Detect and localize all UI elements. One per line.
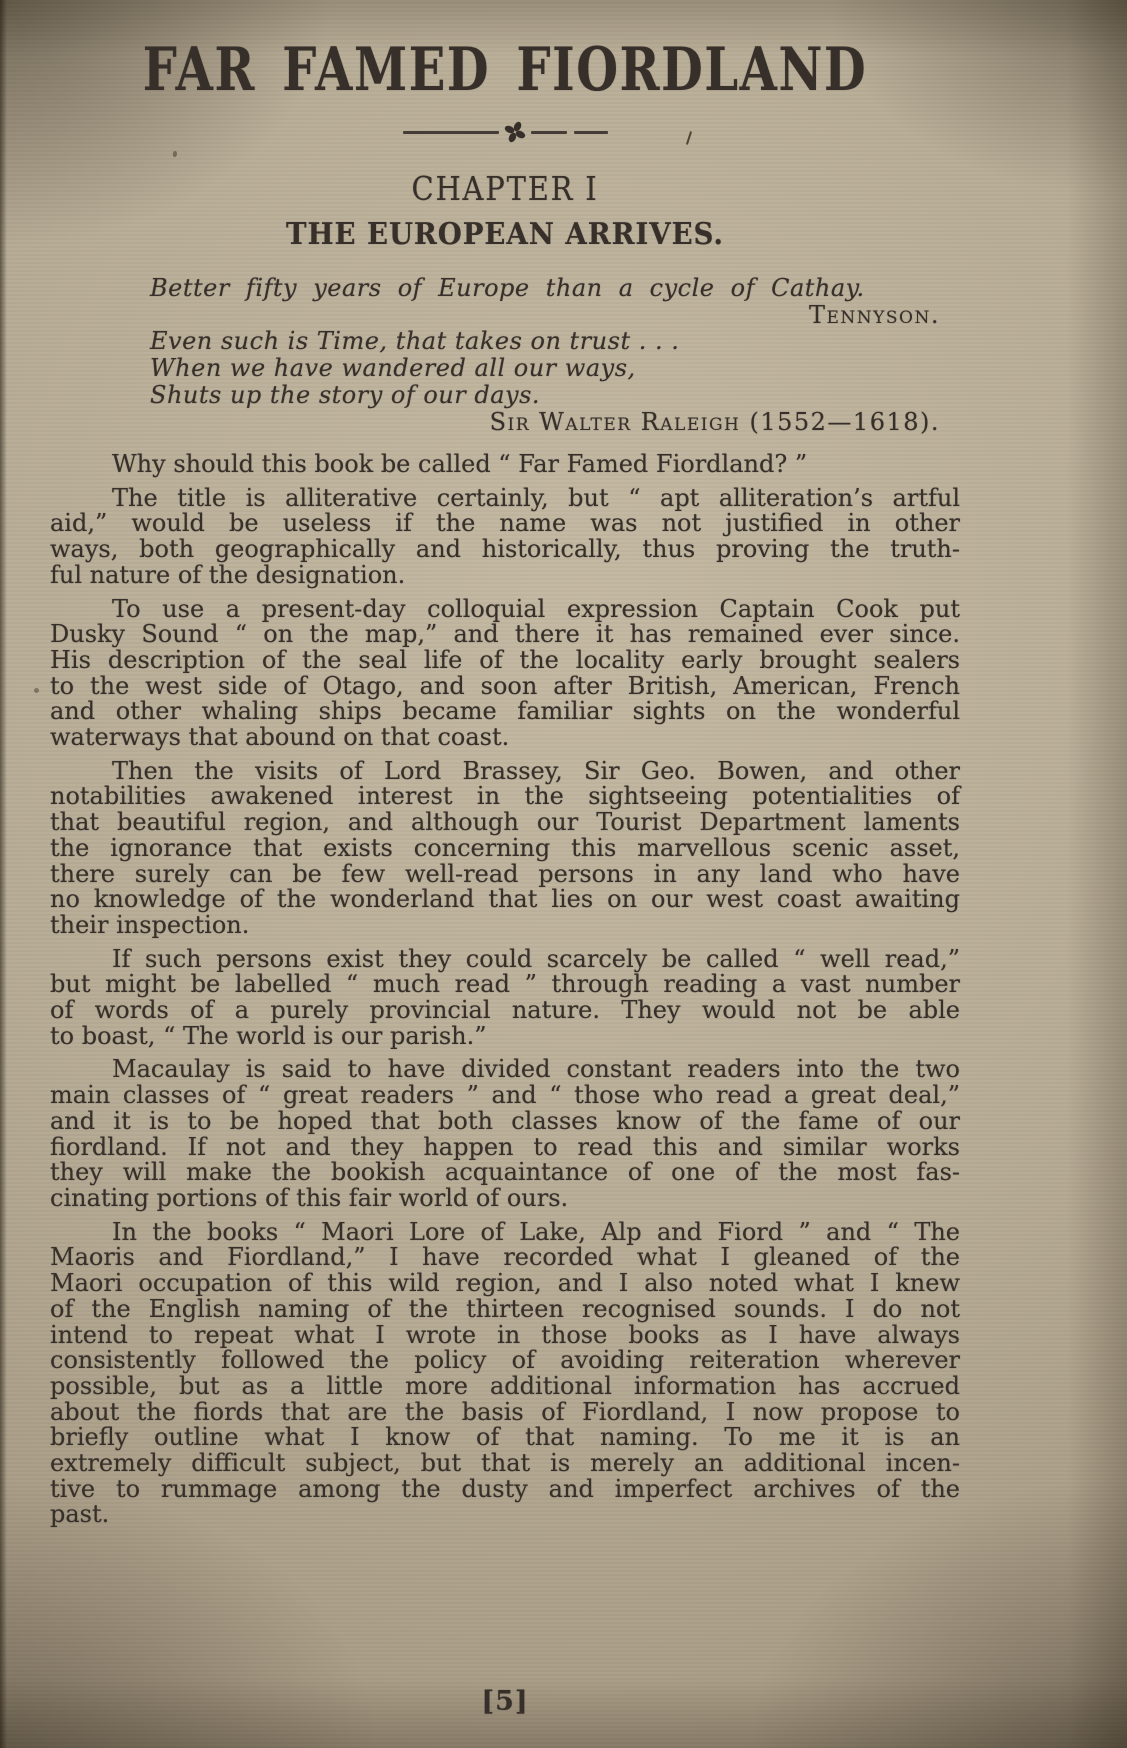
body-line: The title is alliterative certainly, but… [50, 486, 960, 512]
epigraph: Better fifty years of Europe than a cycl… [150, 275, 940, 328]
paragraph: To use a present-day colloquial expressi… [50, 597, 960, 751]
body-line: past. [50, 1502, 960, 1528]
body-line: Macaulay is said to have divided constan… [50, 1057, 960, 1083]
body-line: their inspection. [50, 913, 960, 939]
body-line: to boast, “ The world is our parish.” [50, 1024, 960, 1050]
paragraph: In the books “ Maori Lore of Lake, Alp a… [50, 1220, 960, 1528]
body-line: the ignorance that exists concerning thi… [50, 836, 960, 862]
paragraph: The title is alliterative certainly, but… [50, 486, 960, 589]
body-line: notabilities awakened interest in the si… [50, 784, 960, 810]
body-line: of the English naming of the thirteen re… [50, 1297, 960, 1323]
body-line: Maori occupation of this wild region, an… [50, 1271, 960, 1297]
epigraph-line: Even such is Time, that takes on trust .… [150, 328, 940, 355]
paragraph: Why should this book be called “ Far Fam… [50, 452, 960, 478]
body-line: fiordland. If not and they happen to rea… [50, 1135, 960, 1161]
divider-dash [574, 131, 608, 134]
body-line: His description of the seal life of the … [50, 648, 960, 674]
body-line: ful nature of the designation. [50, 563, 960, 589]
body-line: main classes of “ great readers ” and “ … [50, 1083, 960, 1109]
section-heading: THE EUROPEAN ARRIVES. [86, 220, 923, 250]
epigraph-line: Better fifty years of Europe than a cycl… [150, 275, 940, 302]
body-line: Dusky Sound “ on the map,” and there it … [50, 622, 960, 648]
epigraph-attribution: Sir Walter Raleigh (1552—1618). [150, 409, 940, 435]
body-line: about the fiords that are the basis of F… [50, 1400, 960, 1426]
body-line: cinating portions of this fair world of … [50, 1186, 960, 1212]
body-line: briefly outline what I know of that nami… [50, 1425, 960, 1451]
paper-speck [173, 151, 177, 157]
body-line: aid,” would be useless if the name was n… [50, 511, 960, 537]
body-line: possible, but as a little more additiona… [50, 1374, 960, 1400]
book-title: FAR FAMED FIORDLAND [141, 40, 869, 100]
body-line: To use a present-day colloquial expressi… [50, 597, 960, 623]
body-line: Why should this book be called “ Far Fam… [50, 452, 960, 478]
epigraph-line: Shuts up the story of our days. [150, 382, 940, 409]
body-line: and other whaling ships became familiar … [50, 699, 960, 725]
body-line: but might be labelled “ much read ” thro… [50, 972, 960, 998]
body-line: In the books “ Maori Lore of Lake, Alp a… [50, 1220, 960, 1246]
body-line: to the west side of Otago, and soon afte… [50, 674, 960, 700]
body-line: no knowledge of the wonderland that lies… [50, 887, 960, 913]
divider-ornament [50, 126, 960, 138]
body-line: If such persons exist they could scarcel… [50, 947, 960, 973]
page-number: [5] [50, 1686, 960, 1717]
epigraph-line: When we have wandered all our ways, [150, 355, 940, 382]
body-line: ways, both geographically and historical… [50, 537, 960, 563]
book-page: FAR FAMED FIORDLAND CHAPTER I THE EUROPE… [0, 0, 1127, 1748]
body-line: consistently followed the policy of avoi… [50, 1348, 960, 1374]
paragraph: Macaulay is said to have divided constan… [50, 1057, 960, 1211]
body-line: and it is to be hoped that both classes … [50, 1109, 960, 1135]
paper-speck [34, 688, 39, 693]
divider-dash [403, 131, 499, 134]
body-line: Then the visits of Lord Brassey, Sir Geo… [50, 759, 960, 785]
epigraph-block: Better fifty years of Europe than a cycl… [150, 275, 940, 435]
body-line: Maoris and Fiordland,” I have recorded w… [50, 1245, 960, 1271]
body-line: tive to rummage among the dusty and impe… [50, 1477, 960, 1503]
paragraph: Then the visits of Lord Brassey, Sir Geo… [50, 759, 960, 939]
divider-dash [531, 131, 567, 134]
body-text: Why should this book be called “ Far Fam… [50, 452, 960, 1528]
paragraph: If such persons exist they could scarcel… [50, 947, 960, 1050]
body-line: that beautiful region, and although our … [50, 810, 960, 836]
body-line: of words of a purely provincial nature. … [50, 998, 960, 1024]
body-line: they will make the bookish acquaintance … [50, 1160, 960, 1186]
body-line: extremely difficult subject, but that is… [50, 1451, 960, 1477]
epigraph: Even such is Time, that takes on trust .… [150, 328, 940, 435]
epigraph-attribution: Tennyson. [150, 302, 940, 328]
body-line: there surely can be few well-read person… [50, 862, 960, 888]
floret-icon [503, 120, 527, 144]
body-line: intend to repeat what I wrote in those b… [50, 1323, 960, 1349]
body-line: waterways that abound on that coast. [50, 725, 960, 751]
chapter-heading: CHAPTER I [105, 172, 906, 205]
